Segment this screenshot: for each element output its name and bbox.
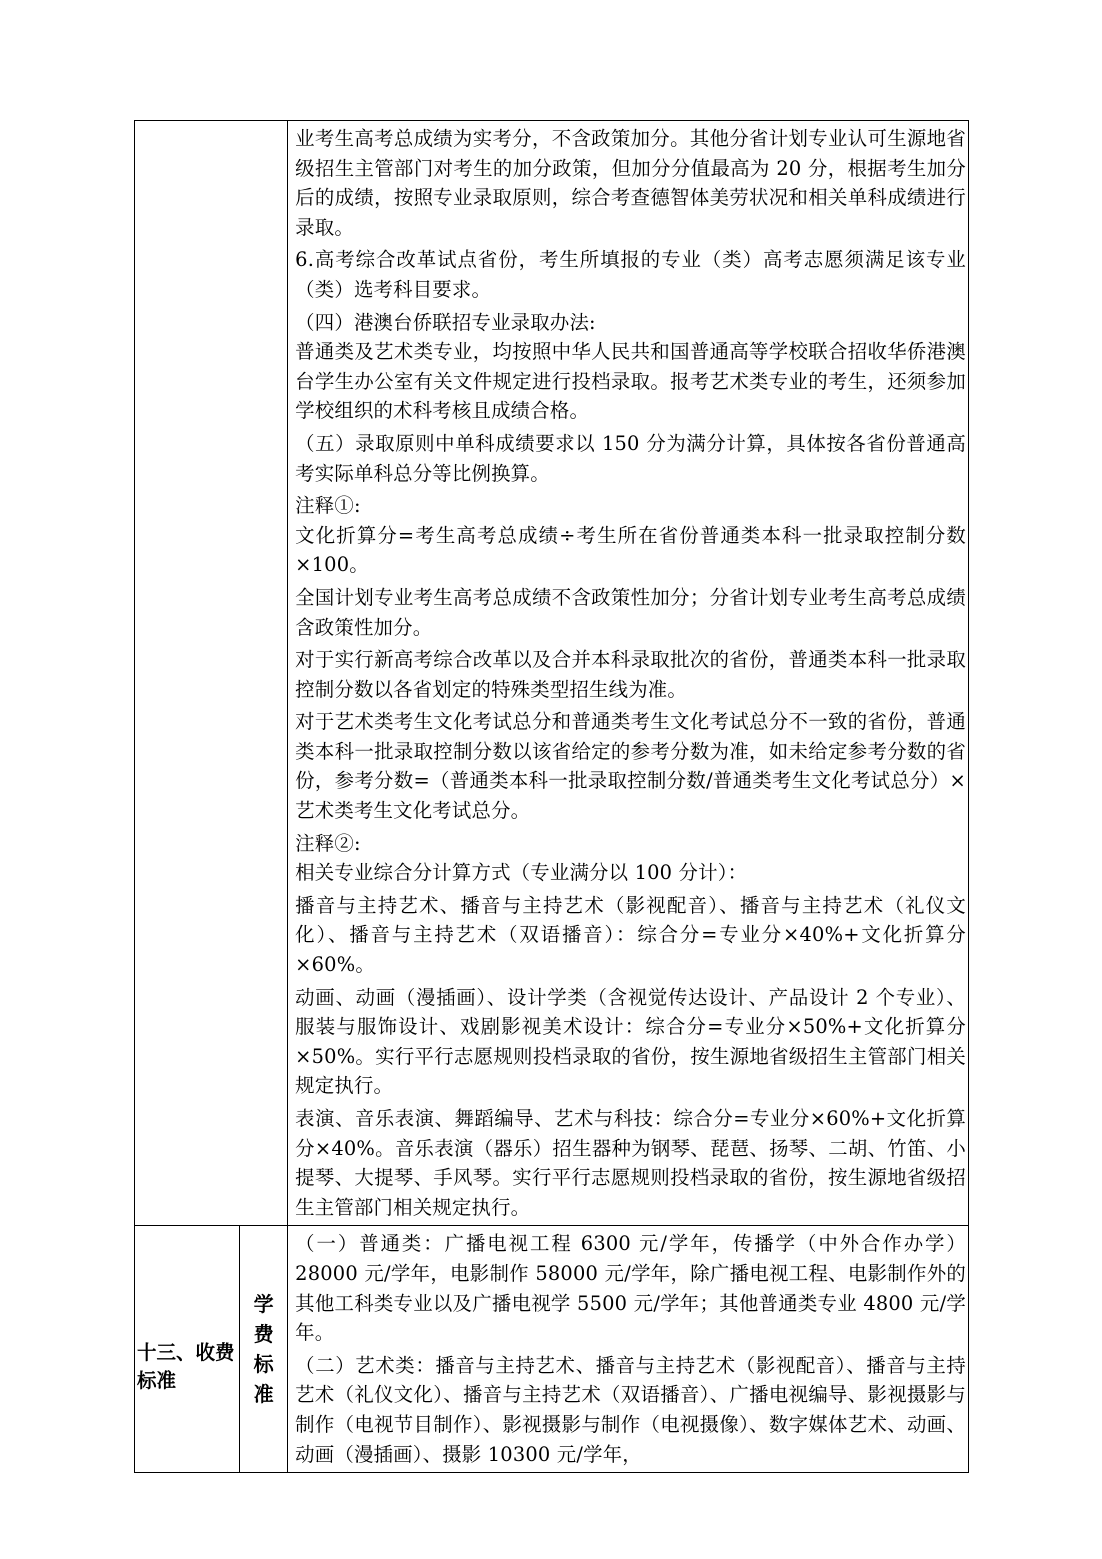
paragraph-general-fees: （一）普通类：广播电视工程 6300 元/学年，传播学（中外合作办学）28000… <box>295 1229 966 1347</box>
sub-label-tuition: 学 费 标 准 <box>240 1226 288 1473</box>
table-row-admission-continuation: 业考生高考总成绩为实考分，不含政策加分。其他分省计划专业认可生源地省级招生主管部… <box>135 121 969 1226</box>
content-cell-admission: 业考生高考总成绩为实考分，不含政策加分。其他分省计划专业认可生源地省级招生主管部… <box>288 121 969 1226</box>
section-label-text: 十三、收费标准 <box>137 1339 237 1395</box>
paragraph-subject-requirements: 6.高考综合改革试点省份，考生所填报的专业（类）高考志愿须满足该专业（类）选考科… <box>295 245 966 304</box>
paragraph-provincial-bonus: 业考生高考总成绩为实考分，不含政策加分。其他分省计划专业认可生源地省级招生主管部… <box>295 124 966 242</box>
paragraph-performance-formula: 表演、音乐表演、舞蹈编导、艺术与科技：综合分=专业分×60%+文化折算分×40%… <box>295 1104 966 1222</box>
paragraph-culture-score-formula: 文化折算分=考生高考总成绩÷考生所在省份普通类本科一批录取控制分数×100。 <box>295 521 966 580</box>
table-row-fees: 十三、收费标准 学 费 标 准 （一）普通类：广播电视工程 6300 元/学年，… <box>135 1226 969 1473</box>
heading-note-2: 注释②: <box>295 829 966 859</box>
paragraph-broadcasting-formula: 播音与主持艺术、播音与主持艺术（影视配音）、播音与主持艺术（礼仪文化）、播音与主… <box>295 891 966 980</box>
admission-rules-table: 业考生高考总成绩为实考分，不含政策加分。其他分省计划专业认可生源地省级招生主管部… <box>134 120 969 1473</box>
heading-hmt-admission: （四）港澳台侨联招专业录取办法: <box>295 308 966 338</box>
sub-label-char: 准 <box>240 1379 287 1409</box>
paragraph-policy-bonus: 全国计划专业考生高考总成绩不含政策性加分；分省计划专业考生高考总成绩含政策性加分… <box>295 583 966 642</box>
paragraph-reference-score: 对于艺术类考生文化考试总分和普通类考生文化考试总分不一致的省份，普通类本科一批录… <box>295 707 966 825</box>
section-label-fees: 十三、收费标准 <box>135 1226 240 1473</box>
admission-content: 业考生高考总成绩为实考分，不含政策加分。其他分省计划专业认可生源地省级招生主管部… <box>288 121 968 1225</box>
paragraph-animation-design-formula: 动画、动画（漫插画）、设计学类（含视觉传达设计、产品设计 2 个专业）、服装与服… <box>295 983 966 1101</box>
sub-label-char: 标 <box>240 1349 287 1379</box>
paragraph-composite-score-method: 相关专业综合分计算方式（专业满分以 100 分计）： <box>295 858 966 888</box>
paragraph-art-fees: （二）艺术类：播音与主持艺术、播音与主持艺术（影视配音）、播音与主持艺术（礼仪文… <box>295 1351 966 1469</box>
section-label-cell-empty <box>135 121 288 1226</box>
paragraph-hmt-admission: 普通类及艺术类专业，均按照中华人民共和国普通高等学校联合招收华侨港澳台学生办公室… <box>295 337 966 426</box>
content-cell-fees: （一）普通类：广播电视工程 6300 元/学年，传播学（中外合作办学）28000… <box>288 1226 969 1473</box>
sub-label-char: 学 <box>240 1289 287 1319</box>
paragraph-new-gaokao-reform: 对于实行新高考综合改革以及合并本科录取批次的省份，普通类本科一批录取控制分数以各… <box>295 645 966 704</box>
paragraph-single-subject-score: （五）录取原则中单科成绩要求以 150 分为满分计算，具体按各省份普通高考实际单… <box>295 429 966 488</box>
fees-content: （一）普通类：广播电视工程 6300 元/学年，传播学（中外合作办学）28000… <box>288 1226 968 1472</box>
heading-note-1: 注释①: <box>295 491 966 521</box>
sub-label-char: 费 <box>240 1319 287 1349</box>
